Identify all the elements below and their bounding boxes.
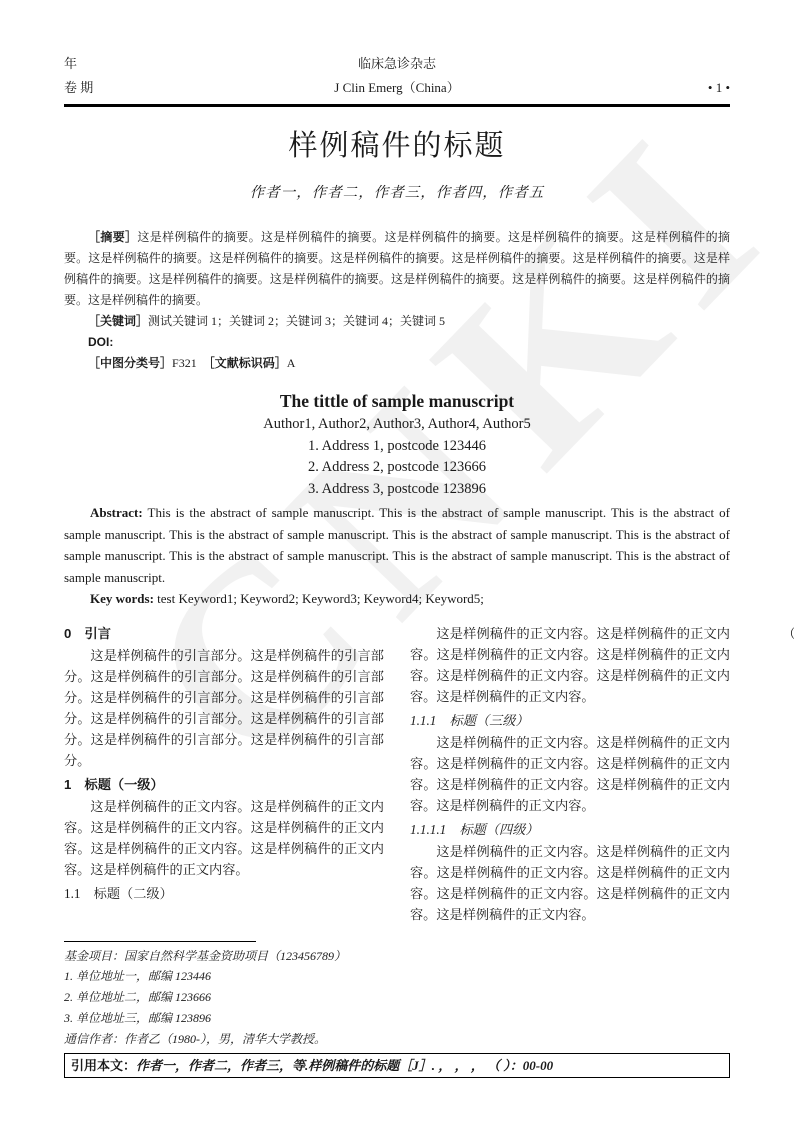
body-paragraph-1: 这是样例稿件的正文内容。这是样例稿件的正文内容。这是样例稿件的正文内容。这是样例…: [64, 796, 384, 880]
citation-text: 作者一，作者二，作者三，等.样例稿件的标题［J］. ， ， ， （ ）：00-0…: [136, 1058, 553, 1073]
keywords-cn-label: ［关键词］: [88, 314, 148, 328]
corresponding-author-note: 通信作者：作者乙（1980-），男，清华大学教授。: [64, 1029, 730, 1050]
doc-code-label: ［文献标识码］: [209, 356, 287, 370]
address-3: 3. Address 3, postcode 123896: [64, 479, 730, 501]
abstract-en: Abstract: This is the abstract of sample…: [64, 502, 730, 588]
heading-intro: 0 引言: [64, 623, 384, 644]
year-label: 年: [64, 52, 358, 76]
doc-code-value: A: [287, 356, 296, 370]
article-title-cn: 样例稿件的标题: [64, 127, 730, 165]
abstract-cn: ［摘要］这是样例稿件的摘要。这是样例稿件的摘要。这是样例稿件的摘要。这是样例稿件…: [64, 227, 730, 311]
abstract-cn-text: 这是样例稿件的摘要。这是样例稿件的摘要。这是样例稿件的摘要。这是样例稿件的摘要。…: [64, 230, 730, 307]
heading-level-2: 1.1 标题（二级）: [64, 883, 384, 904]
footnote-separator: [64, 941, 256, 942]
page-number: • 1 •: [460, 76, 730, 100]
clc-value: F321: [172, 356, 197, 370]
article-title-en: The tittle of sample manuscript: [64, 388, 730, 414]
abstract-en-text: This is the abstract of sample manuscrip…: [64, 505, 730, 585]
volume-issue-label: 卷 期: [64, 76, 334, 100]
running-head: 年 临床急诊杂志 卷 期 J Clin Emerg（China） • 1 •: [64, 0, 730, 107]
authors-cn: 作者一，作者二，作者三，作者四，作者五: [64, 183, 730, 203]
address-1: 1. Address 1, postcode 123446: [64, 436, 730, 458]
abstract-cn-label: ［摘要］: [88, 230, 137, 244]
clc-gap: [197, 356, 209, 370]
numbered-item-1: （1） 这是样例稿件的正文内容。: [756, 623, 794, 644]
heading-level-1: 1 标题（一级）: [64, 774, 384, 795]
english-block: The tittle of sample manuscript Author1,…: [64, 388, 730, 500]
body-paragraph-4: 这是样例稿件的正文内容。这是样例稿件的正文内容。这是样例稿件的正文内容。这是样例…: [410, 841, 730, 925]
keywords-cn: ［关键词］测试关键词 1；关键词 2；关键词 3；关键词 4；关键词 5: [64, 311, 730, 332]
clc-label: ［中图分类号］: [88, 356, 172, 370]
keywords-en: Key words: test Keyword1; Keyword2; Keyw…: [64, 588, 730, 610]
intro-paragraph: 这是样例稿件的引言部分。这是样例稿件的引言部分。这是样例稿件的引言部分。这是样例…: [64, 645, 384, 771]
doi-line: DOI:: [64, 332, 730, 353]
running-head-row-2: 卷 期 J Clin Emerg（China） • 1 •: [64, 76, 730, 100]
running-head-spacer: [436, 52, 730, 76]
authors-en: Author1, Author2, Author3, Author4, Auth…: [64, 414, 730, 436]
abstract-en-label: Abstract:: [90, 505, 143, 520]
affiliation-note-2: 2. 单位地址二，邮编 123666: [64, 987, 730, 1008]
running-head-row-1: 年 临床急诊杂志: [64, 52, 730, 76]
journal-title-en: J Clin Emerg（China）: [334, 76, 459, 100]
keywords-en-text: test Keyword1; Keyword2; Keyword3; Keywo…: [157, 591, 484, 606]
body-paragraph-3: 这是样例稿件的正文内容。这是样例稿件的正文内容。这是样例稿件的正文内容。这是样例…: [410, 732, 730, 816]
body-paragraph-2: 这是样例稿件的正文内容。这是样例稿件的正文内容。这是样例稿件的正文内容。这是样例…: [410, 623, 730, 707]
keywords-en-label: Key words:: [90, 591, 154, 606]
doi-label: DOI:: [88, 335, 113, 349]
keywords-cn-text: 测试关键词 1；关键词 2；关键词 3；关键词 4；关键词 5: [148, 314, 445, 328]
affiliation-note-3: 3. 单位地址三，邮编 123896: [64, 1008, 730, 1029]
address-2: 2. Address 2, postcode 123666: [64, 457, 730, 479]
clc-line: ［中图分类号］F321 ［文献标识码］A: [64, 353, 730, 374]
fund-project-note: 基金项目：国家自然科学基金资助项目（123456789）: [64, 946, 730, 967]
heading-level-4: 1.1.1.1 标题（四级）: [410, 819, 730, 840]
citation-label: 引用本文：: [71, 1058, 136, 1073]
affiliation-note-1: 1. 单位地址一，邮编 123446: [64, 966, 730, 987]
page-content: 年 临床急诊杂志 卷 期 J Clin Emerg（China） • 1 • 样…: [0, 0, 794, 1078]
journal-title-cn: 临床急诊杂志: [358, 52, 436, 76]
heading-level-3: 1.1.1 标题（三级）: [410, 710, 730, 731]
citation-box: 引用本文：作者一，作者二，作者三，等.样例稿件的标题［J］. ， ， ， （ ）…: [64, 1053, 730, 1078]
journal-page: CNKI 年 临床急诊杂志 卷 期 J Clin Emerg（China） • …: [0, 0, 794, 1123]
footnote-block: 基金项目：国家自然科学基金资助项目（123456789） 1. 单位地址一，邮编…: [64, 941, 730, 1050]
body-columns: 0 引言 这是样例稿件的引言部分。这是样例稿件的引言部分。这是样例稿件的引言部分…: [64, 623, 730, 935]
